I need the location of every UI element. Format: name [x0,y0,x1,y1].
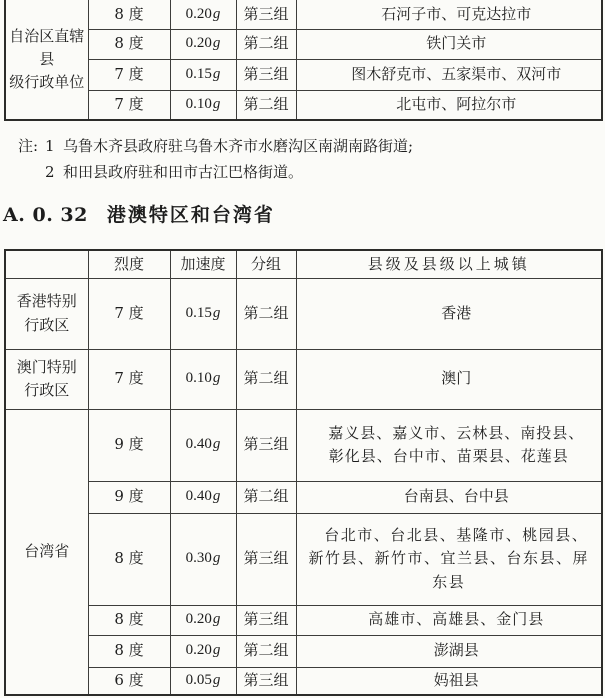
cities-cell: 嘉义县、嘉义市、云林县、南投县、 彰化县、台中市、苗栗县、花莲县 [296,409,602,481]
document-page: 自治区直辖县 级行政单位 8 度 0.20g 第三组 石河子市、可克达拉市 8 … [0,0,605,698]
table-row: 澳门特别 行政区 7 度 0.10g 第二组 澳门 [5,349,602,409]
header-acceleration: 加速度 [170,250,236,278]
header-cities: 县级及县级以上城镇 [296,250,602,278]
acceleration-value: 0.20 [186,6,212,22]
intensity-cell: 7 度 [88,90,170,120]
acceleration-unit: g [212,488,221,504]
acceleration-cell: 0.20g [170,29,236,59]
section-number: A. 0. 32 [3,204,88,226]
acceleration-cell: 0.30g [170,513,236,605]
intensity-cell: 8 度 [88,513,170,605]
table-row: 6 度 0.05g 第三组 妈祖县 [5,667,602,695]
header-group: 分组 [236,250,296,278]
cities-cell: 图木舒克市、五家渠市、双河市 [296,59,602,90]
xinjiang-continued-table: 自治区直辖县 级行政单位 8 度 0.20g 第三组 石河子市、可克达拉市 8 … [4,0,603,121]
table-row: 7 度 0.15g 第三组 图木舒克市、五家渠市、双河市 [5,59,602,90]
acceleration-cell: 0.05g [170,667,236,695]
acceleration-cell: 0.20g [170,635,236,667]
table-notes: 注:1乌鲁木齐县政府驻乌鲁木齐市水磨沟区南湖南路街道; 2和田县政府驻和田市古江… [18,133,605,185]
region-cell: 自治区直辖县 级行政单位 [5,0,88,120]
cities-cell: 台南县、台中县 [296,481,602,513]
acceleration-cell: 0.10g [170,90,236,120]
intensity-cell: 7 度 [88,349,170,409]
section-title: 港澳特区和台湾省 [107,204,275,226]
group-cell: 第三组 [236,0,296,29]
group-cell: 第二组 [236,278,296,349]
cities-cell: 香港 [296,278,602,349]
acceleration-unit: g [212,66,221,82]
section-heading: A. 0. 32港澳特区和台湾省 [3,202,605,228]
table-row: 8 度 0.20g 第二组 铁门关市 [5,29,602,59]
intensity-cell: 8 度 [88,635,170,667]
acceleration-value: 0.05 [186,672,212,688]
note-line: 注:1乌鲁木齐县政府驻乌鲁木齐市水磨沟区南湖南路街道; [18,133,605,159]
cities-cell: 石河子市、可克达拉市 [296,0,602,29]
intensity-cell: 6 度 [88,667,170,695]
acceleration-value: 0.40 [186,488,212,504]
hk-mo-tw-table: 烈度 加速度 分组 县级及县级以上城镇 香港特别 行政区 7 度 0.15g 第… [4,249,603,696]
acceleration-value: 0.40 [186,436,212,452]
group-cell: 第二组 [236,349,296,409]
group-cell: 第三组 [236,409,296,481]
header-corner-cell [5,250,88,278]
acceleration-unit: g [212,96,221,112]
note-number: 2 [45,159,63,185]
group-cell: 第三组 [236,667,296,695]
table-row: 台湾省 9 度 0.40g 第三组 嘉义县、嘉义市、云林县、南投县、 彰化县、台… [5,409,602,481]
acceleration-unit: g [212,35,221,51]
acceleration-value: 0.30 [186,550,212,566]
table-row: 自治区直辖县 级行政单位 8 度 0.20g 第三组 石河子市、可克达拉市 [5,0,602,29]
acceleration-unit: g [212,550,221,566]
group-cell: 第三组 [236,59,296,90]
acceleration-unit: g [212,305,221,321]
intensity-cell: 8 度 [88,29,170,59]
intensity-cell: 9 度 [88,409,170,481]
acceleration-cell: 0.20g [170,0,236,29]
region-cell: 香港特别 行政区 [5,278,88,349]
header-intensity: 烈度 [88,250,170,278]
note-text: 和田县政府驻和田市古江巴格街道。 [63,163,303,181]
group-cell: 第二组 [236,90,296,120]
cities-cell: 高雄市、高雄县、金门县 [296,605,602,635]
group-cell: 第二组 [236,481,296,513]
acceleration-value: 0.15 [186,66,212,82]
acceleration-unit: g [212,370,221,386]
acceleration-value: 0.10 [186,96,212,112]
cities-cell: 铁门关市 [296,29,602,59]
acceleration-value: 0.20 [186,611,212,627]
acceleration-unit: g [212,436,221,452]
acceleration-unit: g [212,611,221,627]
cities-cell: 妈祖县 [296,667,602,695]
note-text: 乌鲁木齐县政府驻乌鲁木齐市水磨沟区南湖南路街道; [63,137,413,155]
cities-cell: 澎湖县 [296,635,602,667]
acceleration-cell: 0.20g [170,605,236,635]
acceleration-cell: 0.10g [170,349,236,409]
cities-cell: 台北市、台北县、基隆市、桃园县、 新竹县、新竹市、宜兰县、台东县、屏 东县 [296,513,602,605]
intensity-cell: 7 度 [88,59,170,90]
cities-cell: 澳门 [296,349,602,409]
table-row: 香港特别 行政区 7 度 0.15g 第二组 香港 [5,278,602,349]
acceleration-value: 0.20 [186,642,212,658]
table-row: 9 度 0.40g 第二组 台南县、台中县 [5,481,602,513]
group-cell: 第二组 [236,635,296,667]
intensity-cell: 9 度 [88,481,170,513]
header-row: 烈度 加速度 分组 县级及县级以上城镇 [5,250,602,278]
region-cell: 澳门特别 行政区 [5,349,88,409]
table-row: 8 度 0.20g 第三组 高雄市、高雄县、金门县 [5,605,602,635]
table-row: 8 度 0.20g 第二组 澎湖县 [5,635,602,667]
acceleration-cell: 0.15g [170,278,236,349]
acceleration-value: 0.10 [186,370,212,386]
note-number: 1 [45,133,63,159]
group-cell: 第三组 [236,513,296,605]
intensity-cell: 8 度 [88,605,170,635]
main-table-wrapper: 烈度 加速度 分组 县级及县级以上城镇 香港特别 行政区 7 度 0.15g 第… [0,249,605,696]
table-row: 8 度 0.30g 第三组 台北市、台北县、基隆市、桃园县、 新竹县、新竹市、宜… [5,513,602,605]
region-cell: 台湾省 [5,409,88,695]
acceleration-cell: 0.40g [170,481,236,513]
acceleration-cell: 0.40g [170,409,236,481]
acceleration-cell: 0.15g [170,59,236,90]
table-row: 7 度 0.10g 第二组 北屯市、阿拉尔市 [5,90,602,120]
intensity-cell: 8 度 [88,0,170,29]
intensity-cell: 7 度 [88,278,170,349]
acceleration-value: 0.15 [186,305,212,321]
acceleration-unit: g [212,642,221,658]
note-line: 2和田县政府驻和田市古江巴格街道。 [18,159,605,185]
cities-cell: 北屯市、阿拉尔市 [296,90,602,120]
note-label: 注: [18,133,45,159]
group-cell: 第三组 [236,605,296,635]
acceleration-unit: g [212,6,221,22]
acceleration-value: 0.20 [186,35,212,51]
acceleration-unit: g [212,672,221,688]
group-cell: 第二组 [236,29,296,59]
